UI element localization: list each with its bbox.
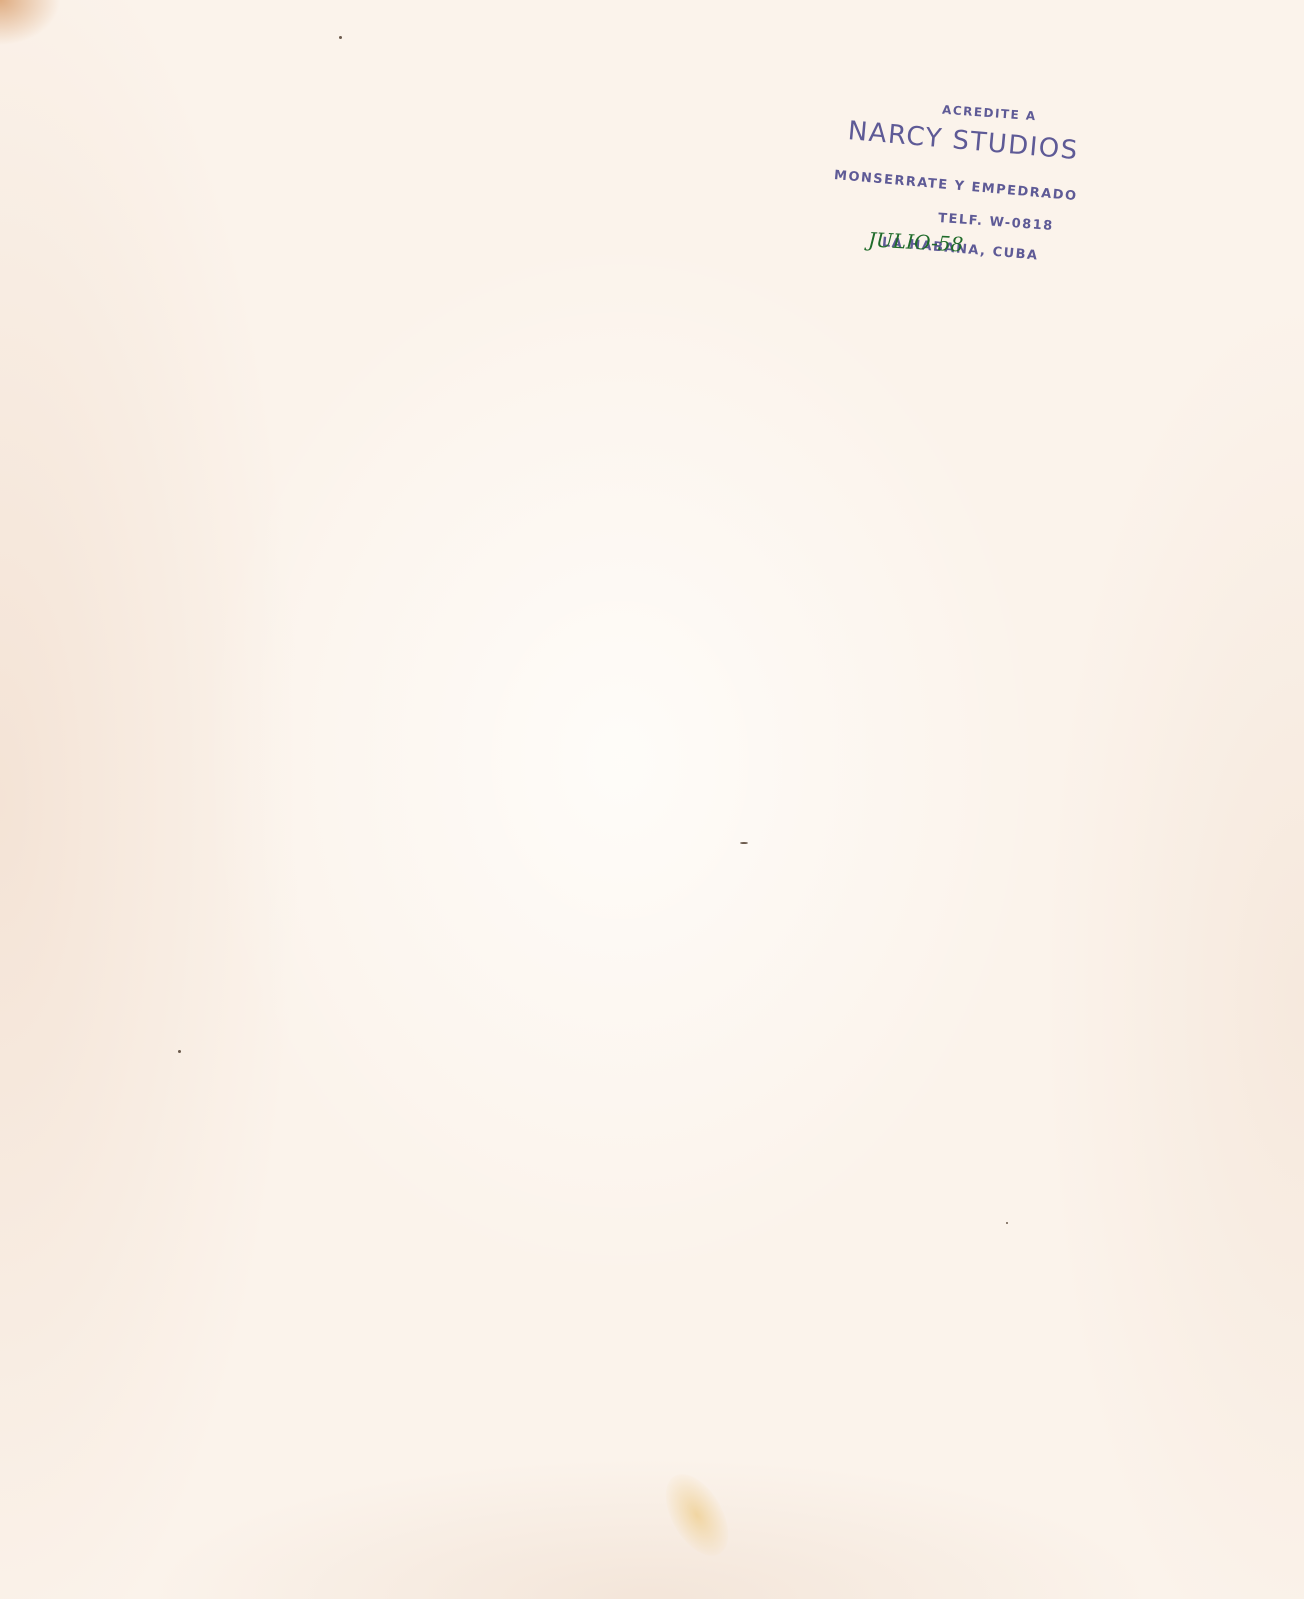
handwritten-date: JULIO-58 bbox=[867, 228, 964, 257]
stamp-studio-name: NARCY STUDIOS bbox=[847, 116, 1080, 166]
speck bbox=[740, 842, 748, 844]
stamp-phone: TELF. W-0818 bbox=[938, 211, 1055, 234]
stamp-address: MONSERRATE Y EMPEDRADO bbox=[833, 168, 1078, 204]
speck bbox=[1006, 1222, 1008, 1224]
speck bbox=[178, 1050, 181, 1053]
speck bbox=[339, 36, 342, 39]
stamp-credit-line: ACREDITE A bbox=[942, 103, 1038, 124]
studio-stamp: ACREDITE A NARCY STUDIOS MONSERRATE Y EM… bbox=[820, 90, 1190, 290]
